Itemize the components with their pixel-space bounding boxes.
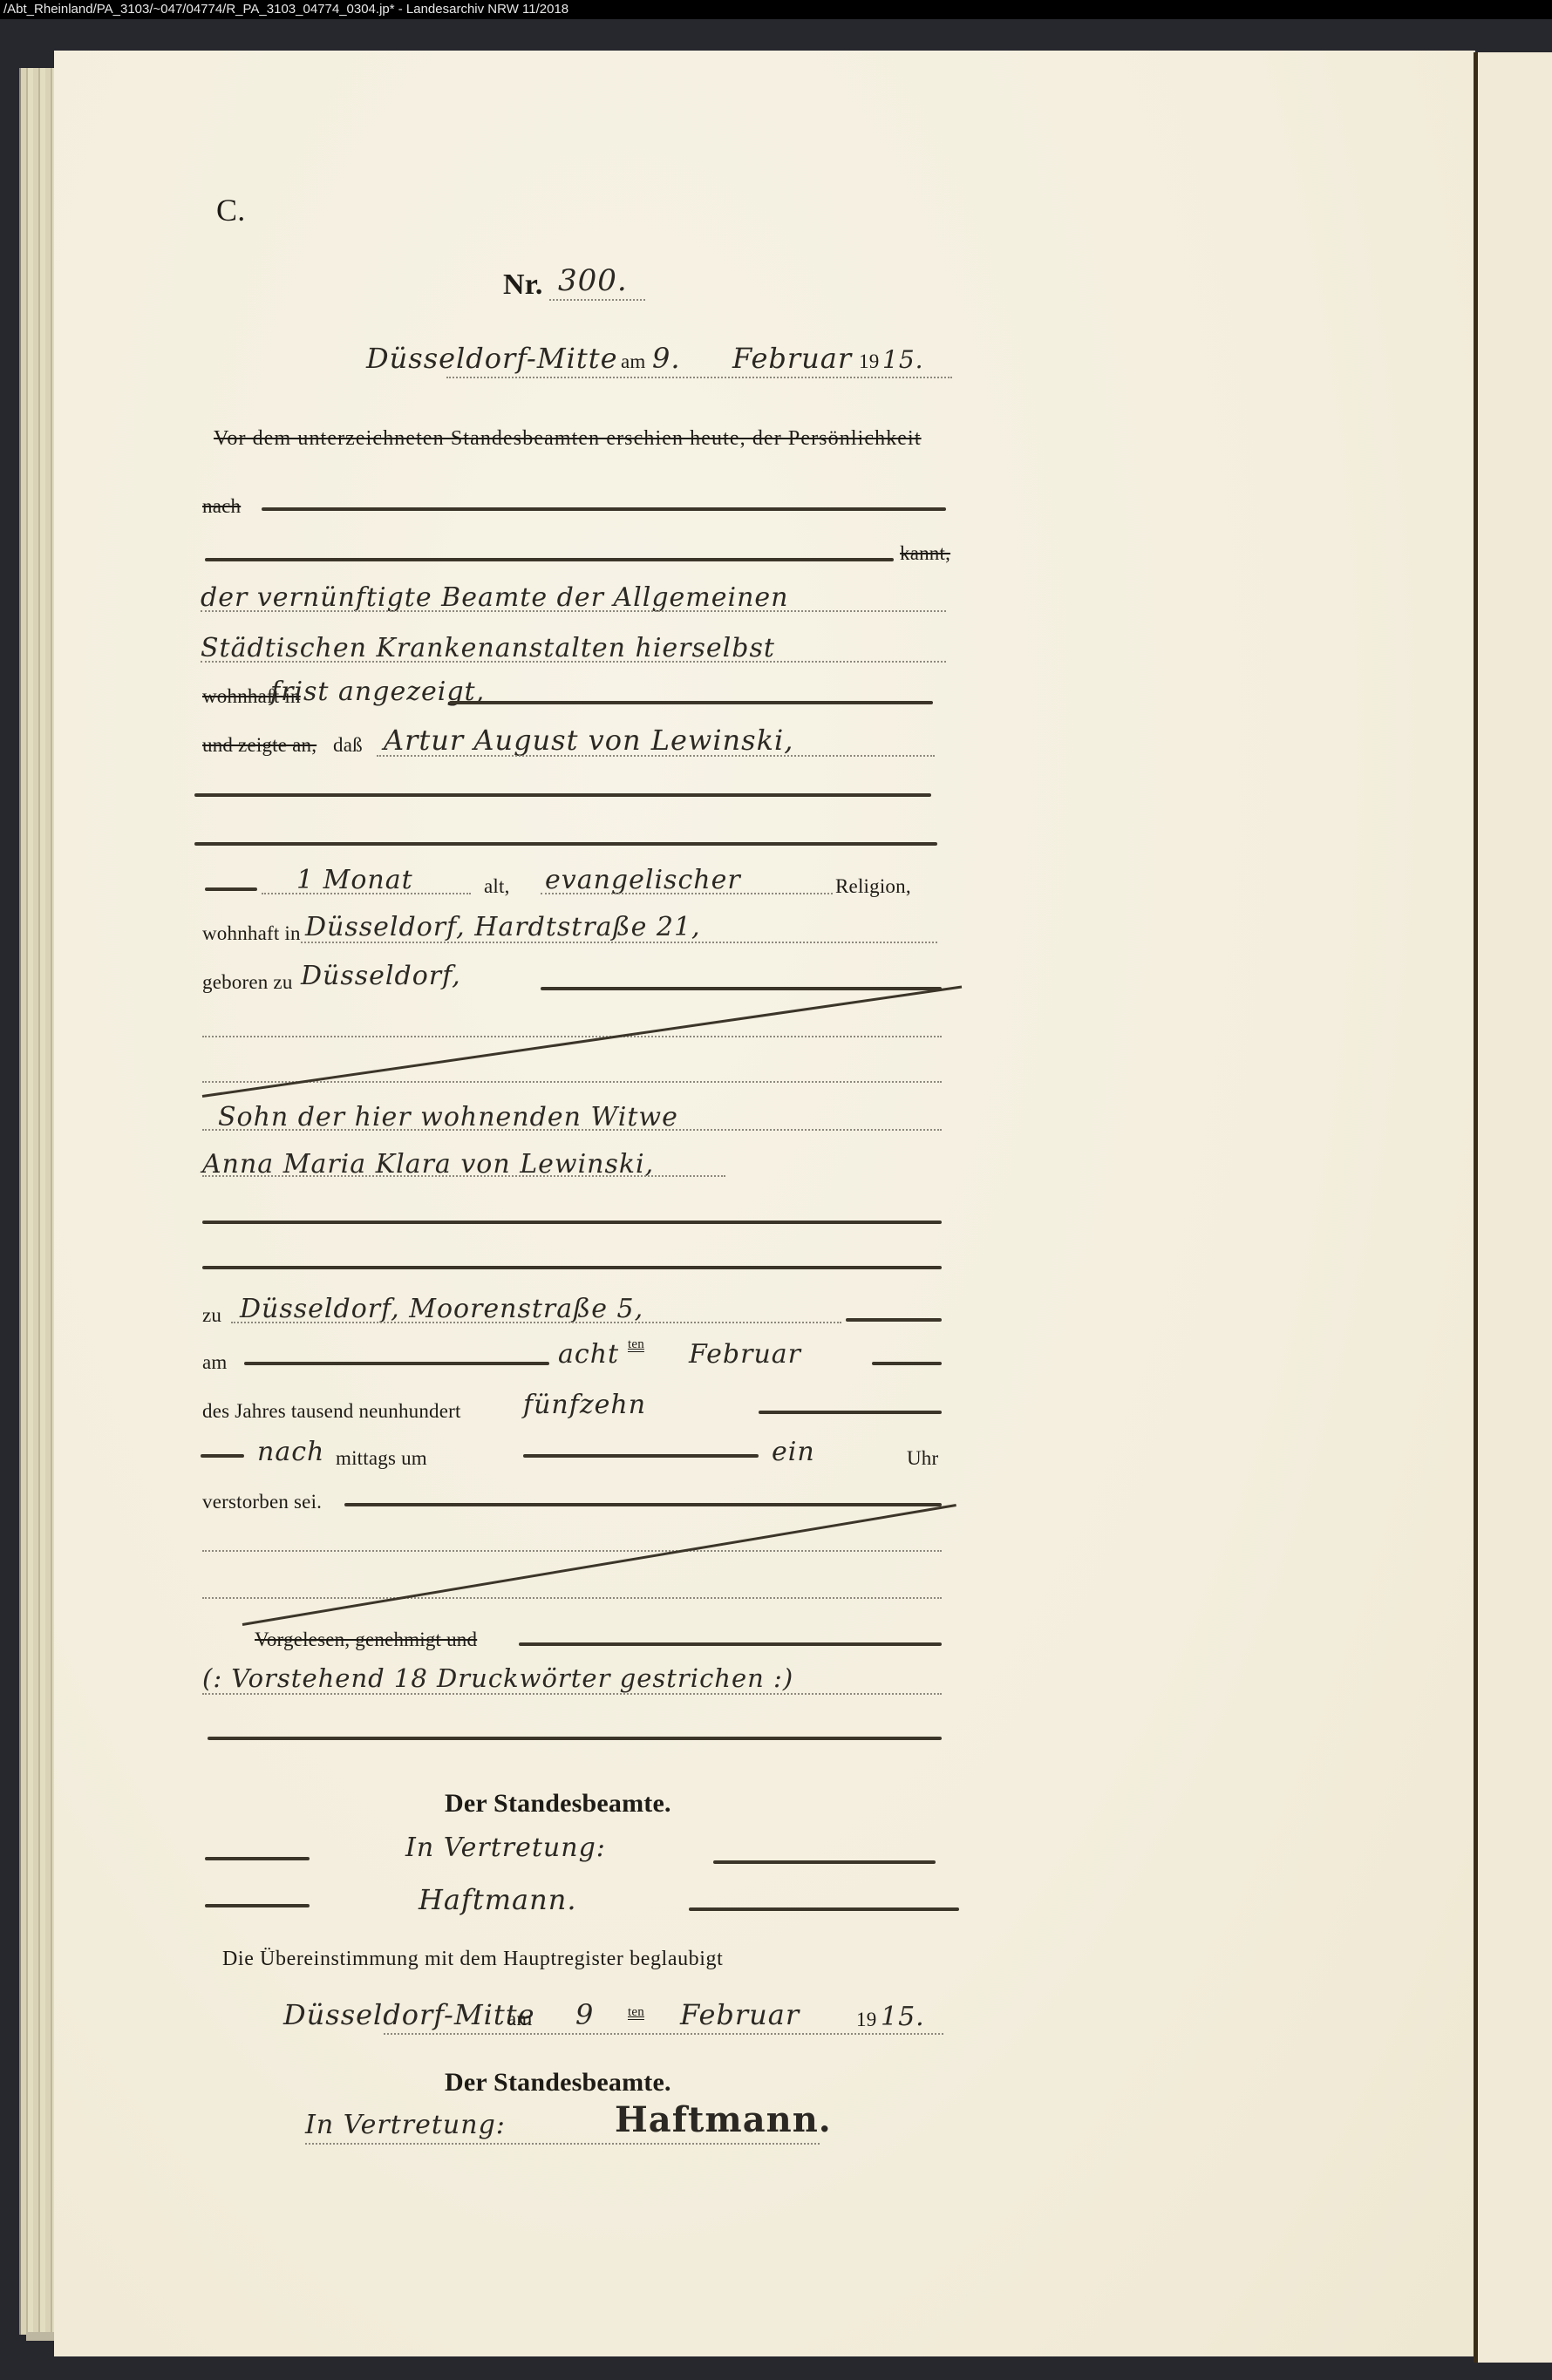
- dotline: [201, 661, 946, 663]
- residence-value: Düsseldorf, Hardtstraße 21,: [305, 912, 701, 942]
- blank-rule: [846, 1318, 942, 1322]
- blank-rule: [759, 1411, 942, 1414]
- time-prefix: nach: [257, 1437, 324, 1467]
- dotline: [377, 755, 935, 757]
- registry-month: Februar: [732, 342, 852, 375]
- dass-label: daß: [333, 734, 363, 757]
- dotline: [202, 1597, 942, 1599]
- dotline: [202, 1036, 942, 1037]
- religion-label: Religion,: [835, 875, 911, 898]
- dotline: [301, 942, 937, 943]
- cert-day: 9: [575, 1998, 594, 2031]
- born-value: Düsseldorf,: [301, 961, 461, 991]
- alt-label: alt,: [484, 875, 510, 898]
- blank-rule: [519, 1642, 942, 1646]
- registry-year-suffix: 15.: [882, 345, 924, 374]
- cert-signature-heading: Der Standesbeamte.: [445, 2068, 671, 2098]
- date-dotline: [446, 377, 952, 378]
- struck-vorgelesen: Vorgelesen, genehmigt und: [255, 1629, 477, 1651]
- mittags-label: mittags um: [336, 1447, 427, 1470]
- blank-rule: [344, 1503, 942, 1506]
- blank-rule: [205, 558, 894, 561]
- residence-label: wohnhaft in: [202, 922, 301, 945]
- death-month: Februar: [689, 1339, 801, 1370]
- year-label: des Jahres tausend neunhundert: [202, 1400, 461, 1423]
- born-label: geboren zu: [202, 971, 293, 994]
- blank-rule: [205, 1857, 310, 1860]
- registry-year-prefix: 19: [859, 350, 879, 373]
- blank-rule: [523, 1454, 759, 1458]
- year-value: fünfzehn: [523, 1390, 646, 1420]
- dotline: [384, 2033, 943, 2035]
- religion-value: evangelischer: [545, 865, 741, 895]
- dotline: [202, 1175, 725, 1177]
- cert-month: Februar: [680, 1998, 800, 2031]
- death-day-suffix: ten: [628, 1337, 644, 1352]
- dotline: [202, 1693, 942, 1695]
- cert-am-label: am: [507, 2008, 533, 2030]
- informant-line-2: Städtischen Krankenanstalten hierselbst: [201, 633, 775, 663]
- blank-rule: [449, 701, 933, 704]
- section-letter: C.: [216, 192, 245, 228]
- deceased-name: Artur August von Lewinski,: [384, 724, 793, 757]
- dotline: [305, 2143, 820, 2145]
- dotline: [201, 610, 946, 612]
- facing-page: [1478, 52, 1552, 2363]
- record-number: 300.: [558, 263, 628, 298]
- struck-zeigte-an: und zeigte an,: [202, 734, 317, 757]
- uhr-label: Uhr: [907, 1447, 938, 1470]
- signature-heading: Der Standesbeamte.: [445, 1789, 671, 1819]
- blank-rule: [541, 987, 942, 990]
- dotline: [202, 1550, 942, 1552]
- death-am-label: am: [202, 1351, 228, 1374]
- death-place-label: zu: [202, 1304, 221, 1327]
- blank-rule: [872, 1362, 942, 1365]
- struck-intro-text: Vor dem unterzeichneten Standesbeamten e…: [214, 427, 922, 451]
- blank-rule: [205, 887, 257, 891]
- blank-rule: [244, 1362, 549, 1365]
- cert-year-prefix: 19: [856, 2009, 876, 2031]
- blank-rule: [201, 1454, 244, 1458]
- blank-rule: [194, 793, 931, 797]
- blank-rule: [194, 842, 937, 846]
- death-place-value: Düsseldorf, Moorenstraße 5,: [240, 1294, 643, 1324]
- blank-rule: [713, 1860, 936, 1864]
- blank-rule: [262, 507, 946, 511]
- number-dotline: [549, 299, 645, 301]
- age-value: 1 Monat: [296, 865, 413, 895]
- window-title-bar: /Abt_Rheinland/PA_3103/~047/04774/R_PA_3…: [0, 0, 1552, 19]
- registry-place: Düsseldorf-Mitte: [366, 342, 618, 375]
- parents-line-1: Sohn der hier wohnenden Witwe: [218, 1102, 678, 1132]
- dotline: [541, 893, 833, 894]
- struck-nach: nach: [202, 495, 241, 518]
- death-day: acht: [558, 1339, 619, 1370]
- informant-line-1: der vernünftigte Beamte der Allgemeinen: [201, 582, 788, 613]
- am-label: am: [621, 350, 646, 373]
- dotline: [231, 1322, 841, 1323]
- cert-signature-prefix: In Vertretung:: [305, 2110, 506, 2140]
- window-title: /Abt_Rheinland/PA_3103/~047/04774/R_PA_3…: [3, 2, 568, 17]
- signature-line-2: Haftmann.: [419, 1883, 577, 1916]
- number-label: Nr.: [503, 269, 543, 302]
- certification-text: Die Übereinstimmung mit dem Hauptregiste…: [222, 1948, 723, 1971]
- verstorben-label: verstorben sei.: [202, 1491, 322, 1513]
- dotline: [202, 1129, 942, 1131]
- struck-kannt: kannt,: [900, 542, 950, 565]
- hour-value: ein: [772, 1437, 815, 1467]
- cert-year-suffix: 15.: [881, 2002, 925, 2032]
- cert-signature-name: Haftmann.: [615, 2099, 832, 2140]
- blank-rule: [202, 1221, 942, 1224]
- cert-place: Düsseldorf-Mitte: [283, 1998, 535, 2031]
- blank-rule: [208, 1737, 942, 1740]
- cert-day-suffix: ten: [628, 2005, 644, 2020]
- signature-line-1: In Vertretung:: [405, 1833, 606, 1863]
- registry-day: 9.: [652, 342, 681, 375]
- blank-rule: [689, 1907, 959, 1911]
- deletion-note: (: Vorstehend 18 Druckwörter gestrichen …: [202, 1663, 793, 1693]
- blank-rule: [205, 1904, 310, 1907]
- dotline: [262, 893, 471, 894]
- blank-rule: [202, 1266, 942, 1269]
